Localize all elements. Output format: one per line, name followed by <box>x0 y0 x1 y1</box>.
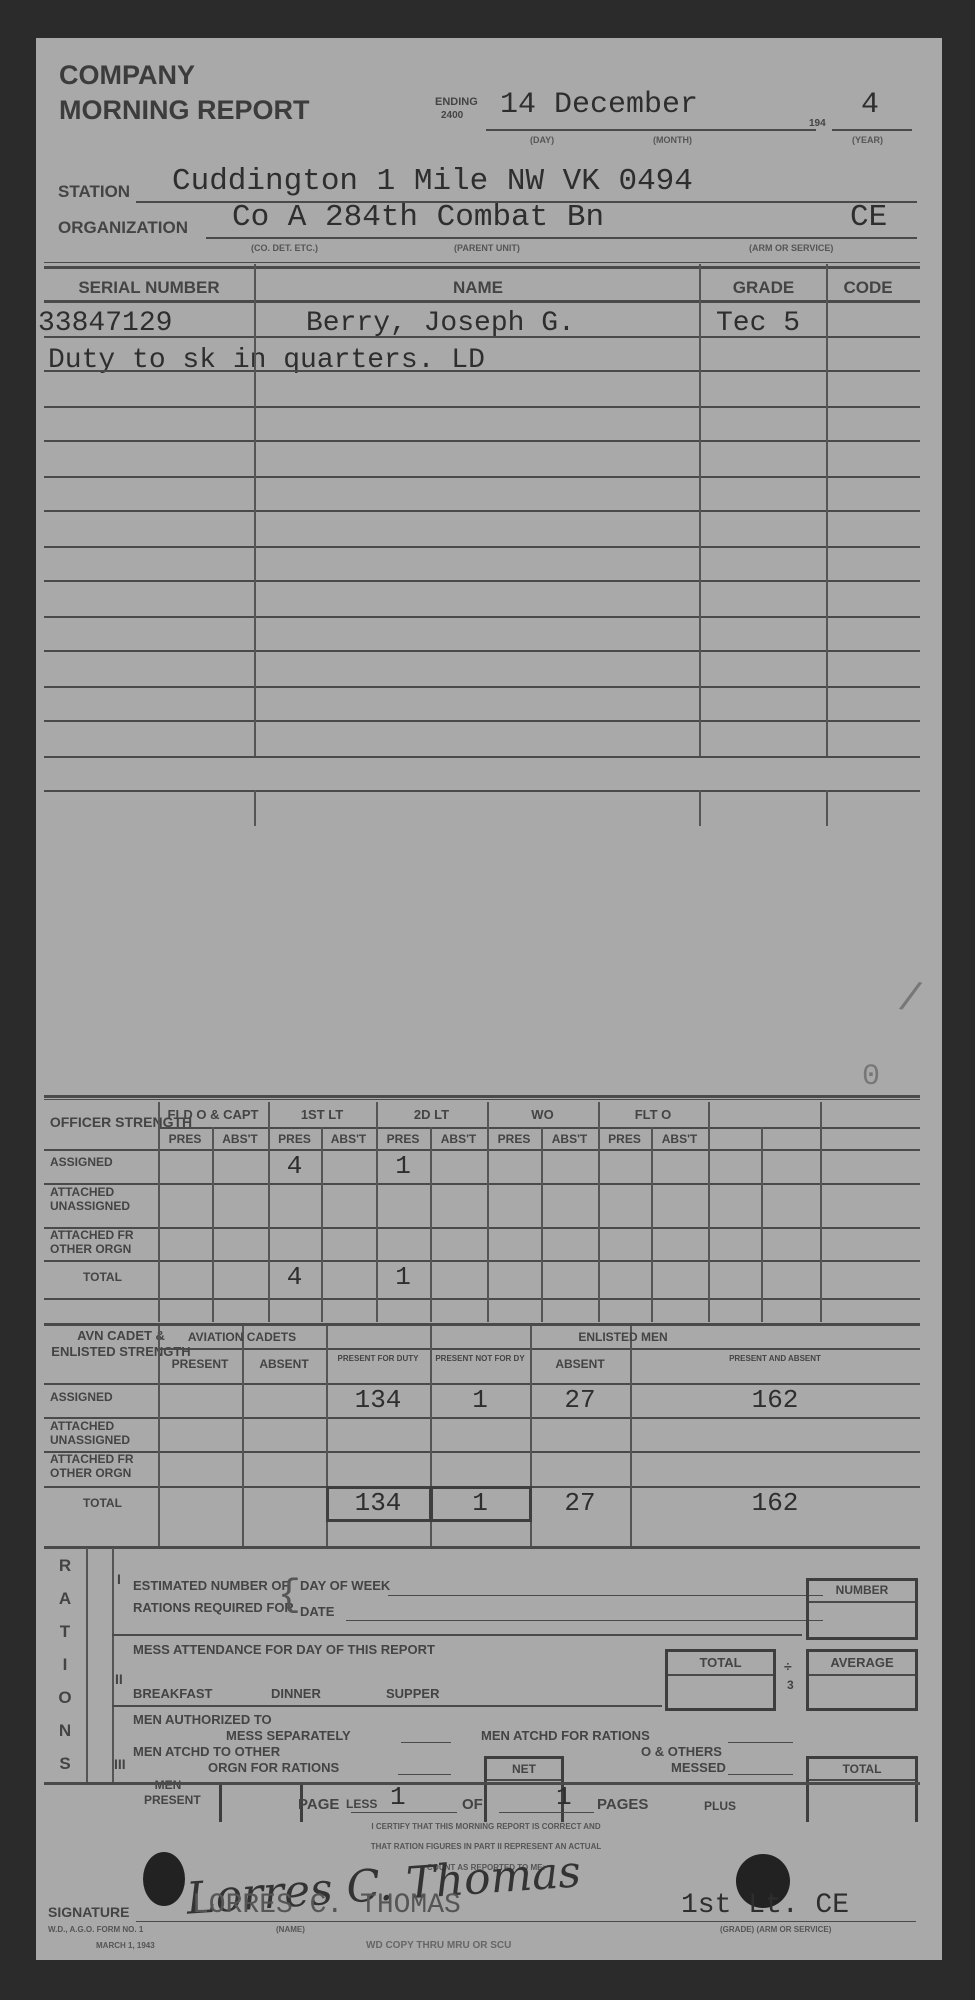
binder-hole-left <box>143 1852 185 1906</box>
divider <box>254 650 256 686</box>
pages-label: PAGES <box>597 1796 648 1813</box>
enlisted-row-label-assigned: ASSIGNED <box>50 1390 155 1404</box>
copy-note: WD COPY THRU MRU OR SCU <box>366 1940 511 1951</box>
subheader-present: PRES <box>487 1132 541 1146</box>
divider <box>668 1674 773 1676</box>
year-prefix: 194 <box>809 118 826 129</box>
total-present-not-for-duty-box <box>430 1486 532 1522</box>
men-present-label-1: MEN <box>133 1778 203 1792</box>
men-authorized-label-1: MEN AUTHORIZED TO <box>133 1712 272 1727</box>
divider <box>254 474 256 510</box>
divider <box>158 1127 160 1322</box>
subheader-absent: ABS'T <box>430 1132 487 1146</box>
rations-letter-2: T <box>46 1622 84 1642</box>
group-header-1st-lt: 1ST LT <box>268 1107 376 1122</box>
divider <box>44 476 920 478</box>
less-label: LESS <box>346 1797 377 1811</box>
divider <box>44 580 920 582</box>
divider <box>699 544 701 580</box>
pages-line <box>499 1812 594 1813</box>
divider <box>254 790 256 826</box>
officer-cell-total-4[interactable]: 1 <box>376 1262 430 1292</box>
report-date: 14 December <box>500 88 698 122</box>
enlisted-cell-total-4[interactable]: 27 <box>530 1488 630 1518</box>
divider <box>826 264 828 300</box>
divider <box>826 544 828 580</box>
col-header-serial: SERIAL NUMBER <box>44 278 254 298</box>
signature-line <box>136 1921 916 1922</box>
divider <box>254 544 256 580</box>
entry-name: Berry, Joseph G. <box>306 308 575 339</box>
divider <box>809 1674 915 1676</box>
divider <box>254 440 256 476</box>
divider <box>826 510 828 546</box>
enlisted-subheader-4: ABSENT <box>530 1358 630 1371</box>
officer-row-label-attached-fr-other-orgn: ATTACHED FR OTHER ORGN <box>50 1228 155 1256</box>
divider <box>809 1779 915 1781</box>
col-header-code: CODE <box>828 278 908 298</box>
officer-row-label-total: TOTAL <box>50 1270 155 1284</box>
caption-parent-unit: (PARENT UNIT) <box>454 243 520 253</box>
date-label: DATE <box>300 1604 334 1619</box>
divider <box>826 440 828 476</box>
subheader-absent: ABS'T <box>651 1132 708 1146</box>
divider <box>44 406 920 408</box>
divider <box>826 404 828 440</box>
enlisted-row-label-attached-fr-other-orgn: ATTACHED FR OTHER ORGN <box>50 1452 155 1480</box>
total-attendance-box[interactable]: TOTAL <box>665 1649 776 1711</box>
month-caption: (MONTH) <box>653 135 692 145</box>
average-box[interactable]: AVERAGE <box>806 1649 918 1711</box>
ending-label: ENDING <box>435 96 478 108</box>
divider <box>158 1348 920 1350</box>
rations-letter-3: I <box>46 1655 84 1675</box>
divider <box>44 686 920 688</box>
day-of-week-line <box>388 1595 823 1596</box>
divider <box>44 1260 920 1262</box>
enlisted-cell-assigned-4[interactable]: 27 <box>530 1385 630 1415</box>
divider <box>44 1183 920 1185</box>
typed-officer-name: LORRES C. THOMAS <box>192 1890 461 1921</box>
of-label: OF <box>462 1796 483 1813</box>
year-underline <box>832 129 912 131</box>
col-header-name: NAME <box>256 278 700 298</box>
divider <box>699 790 701 826</box>
divider <box>699 614 701 650</box>
enlisted-row-label-total: TOTAL <box>50 1496 155 1510</box>
divider <box>44 720 920 722</box>
form-title-line2: MORNING REPORT <box>59 95 310 126</box>
divider <box>44 1451 920 1453</box>
divider <box>44 1099 920 1100</box>
divider <box>699 580 701 616</box>
mess-separately-line <box>401 1742 451 1743</box>
divider <box>254 264 256 300</box>
divider <box>826 300 828 336</box>
divider <box>826 474 828 510</box>
divider <box>158 1127 920 1129</box>
group-header-wo: WO <box>487 1107 598 1122</box>
divider <box>699 650 701 686</box>
divider <box>254 300 256 336</box>
station-label: STATION <box>58 182 130 202</box>
divider <box>254 580 256 616</box>
report-year: 4 <box>861 88 879 122</box>
enlisted-subheader-1: ABSENT <box>242 1358 326 1371</box>
subheader-absent: ABS'T <box>212 1132 268 1146</box>
date-line <box>346 1620 823 1621</box>
divider <box>430 1127 432 1322</box>
group-header-flt-o: FLT O <box>598 1107 708 1122</box>
divider <box>44 616 920 618</box>
caption-co-det: (CO. DET. ETC.) <box>251 243 318 253</box>
divider <box>254 510 256 546</box>
divider <box>44 756 920 758</box>
enlisted-subheader-0: PRESENT <box>158 1358 242 1371</box>
total-box-label: TOTAL <box>668 1655 773 1670</box>
divider <box>242 1348 244 1546</box>
entry-serial-number: 33847129 <box>38 308 172 339</box>
divider <box>826 614 828 650</box>
atchd-for-rations-line <box>728 1742 793 1743</box>
divider <box>112 1705 662 1707</box>
form-number: W.D., A.G.O. FORM NO. 1 <box>48 1925 143 1934</box>
divider <box>44 300 920 303</box>
subheader-absent: ABS'T <box>321 1132 376 1146</box>
men-present-label-2: PRESENT <box>144 1793 201 1807</box>
divider <box>44 1323 920 1326</box>
officer-grade-service: 1st Lt. CE <box>681 1890 849 1921</box>
divider <box>321 1127 323 1322</box>
margin-mark-zero: 0 <box>862 1060 880 1094</box>
divider <box>809 1601 915 1603</box>
divider <box>44 546 920 548</box>
enlisted-cell-assigned-2[interactable]: 134 <box>326 1385 430 1415</box>
rations-estimated-label-2: RATIONS REQUIRED FOR <box>133 1600 294 1615</box>
form-date: MARCH 1, 1943 <box>96 1941 155 1950</box>
station-value: Cuddington 1 Mile NW VK 0494 <box>172 164 693 199</box>
day-caption: (DAY) <box>530 135 554 145</box>
orgn-rations-line <box>398 1774 451 1775</box>
officer-row-label-attached-unassigned: ATTACHED UNASSIGNED <box>50 1185 155 1213</box>
certify-text-1: I CERTIFY THAT THIS MORNING REPORT IS CO… <box>236 1822 736 1831</box>
men-atchd-other-label-2: ORGN FOR RATIONS <box>208 1760 339 1775</box>
enlisted-subheader-5: PRESENT AND ABSENT <box>630 1352 920 1365</box>
divider <box>826 790 828 826</box>
entry-grade: Tec 5 <box>716 308 800 339</box>
divider <box>112 1634 802 1636</box>
rations-estimated-label-1: ESTIMATED NUMBER OF <box>133 1578 289 1593</box>
officer-cell-assigned-4[interactable]: 1 <box>376 1151 430 1181</box>
grade-caption: (GRADE) (ARM OR SERVICE) <box>720 1925 831 1934</box>
col-header-grade: GRADE <box>701 278 826 298</box>
divider <box>699 404 701 440</box>
divider <box>254 404 256 440</box>
enlisted-cell-total-5[interactable]: 162 <box>630 1488 920 1518</box>
divider <box>44 336 920 338</box>
divider <box>44 790 920 792</box>
year-caption: (YEAR) <box>852 135 883 145</box>
organization-underline <box>206 237 917 239</box>
divider <box>598 1127 600 1322</box>
divider <box>254 334 256 370</box>
men-present-box[interactable] <box>219 1782 303 1822</box>
section-i-numeral: I <box>117 1571 121 1587</box>
page-line <box>351 1812 457 1813</box>
officer-row-label-assigned: ASSIGNED <box>50 1155 155 1169</box>
dinner-label: DINNER <box>271 1686 321 1701</box>
section-iii-numeral: III <box>114 1756 126 1772</box>
group-header-2d-lt: 2D LT <box>376 1107 487 1122</box>
rations-letter-1: A <box>46 1589 84 1609</box>
divider <box>44 262 920 263</box>
enlisted-subheader-2: PRESENT FOR DUTY <box>326 1352 430 1365</box>
date-underline <box>486 129 816 131</box>
page-number: 1 <box>390 1782 406 1812</box>
divider <box>699 264 701 300</box>
morning-report-form: COMPANY MORNING REPORT ENDING 2400 14 De… <box>36 38 942 1960</box>
divider <box>44 650 920 652</box>
divider <box>44 1095 920 1098</box>
men-atchd-other-label-1: MEN ATCHD TO OTHER <box>133 1744 280 1759</box>
ending-sub-label: 2400 <box>441 110 463 121</box>
rations-letter-6: S <box>46 1754 84 1774</box>
divider <box>699 440 701 476</box>
number-box[interactable]: NUMBER <box>806 1578 918 1640</box>
divider <box>708 1127 710 1322</box>
rations-letter-0: R <box>46 1556 84 1576</box>
enlisted-cell-assigned-3[interactable]: 1 <box>430 1385 530 1415</box>
divider <box>44 370 920 372</box>
divider <box>44 1298 920 1300</box>
divider <box>826 720 828 756</box>
divider <box>699 370 701 406</box>
form-title-line1: COMPANY <box>59 60 195 91</box>
group-header-enlisted-men: ENLISTED MEN <box>326 1330 920 1344</box>
divider <box>44 1227 920 1229</box>
margin-mark-slash: / <box>895 977 925 1025</box>
net-box-label: NET <box>487 1762 561 1776</box>
divider <box>112 1548 114 1783</box>
divide-sign: ÷ <box>784 1658 792 1674</box>
divider <box>44 1782 920 1785</box>
others-label-1: O & OTHERS <box>641 1744 722 1759</box>
rations-letter-4: O <box>46 1688 84 1708</box>
breakfast-label: BREAKFAST <box>133 1686 212 1701</box>
rations-total-box[interactable]: TOTAL <box>806 1756 918 1822</box>
signature-label: SIGNATURE <box>48 1904 129 1920</box>
section-ii-numeral: II <box>115 1671 123 1687</box>
divider <box>820 1127 822 1322</box>
others-label-2: MESSED <box>671 1760 726 1775</box>
divider <box>44 1546 920 1549</box>
divider <box>254 370 256 406</box>
divider <box>254 614 256 650</box>
officer-cell-total-2[interactable]: 4 <box>268 1262 321 1292</box>
divider <box>651 1127 653 1322</box>
average-box-label: AVERAGE <box>809 1655 915 1670</box>
supper-label: SUPPER <box>386 1686 439 1701</box>
divider <box>541 1127 543 1322</box>
subheader-present: PRES <box>376 1132 430 1146</box>
divider <box>254 684 256 720</box>
page-label: PAGE <box>298 1796 339 1813</box>
divider <box>699 474 701 510</box>
divider <box>826 334 828 370</box>
subheader-present: PRES <box>598 1132 651 1146</box>
caption-arm-service: (ARM OR SERVICE) <box>749 243 833 253</box>
total-present-for-duty-box <box>326 1486 432 1522</box>
rations-total-label: TOTAL <box>809 1762 915 1776</box>
brace-icon: { <box>278 1574 301 1617</box>
officer-cell-assigned-2[interactable]: 4 <box>268 1151 321 1181</box>
subheader-present: PRES <box>158 1132 212 1146</box>
divider <box>44 510 920 512</box>
name-caption: (NAME) <box>276 1925 305 1934</box>
divider <box>826 650 828 686</box>
divider <box>699 510 701 546</box>
others-messed-line <box>728 1774 793 1775</box>
divider <box>487 1127 489 1322</box>
men-atchd-for-rations-label: MEN ATCHD FOR RATIONS <box>481 1728 650 1743</box>
certify-text-2: THAT RATION FIGURES IN PART II REPRESENT… <box>236 1842 736 1851</box>
subheader-absent: ABS'T <box>541 1132 598 1146</box>
total-pages: 1 <box>556 1782 572 1812</box>
subheader-present: PRES <box>268 1132 321 1146</box>
divider <box>487 1779 561 1781</box>
divider <box>761 1127 763 1322</box>
divider <box>44 440 920 442</box>
divider <box>699 300 701 336</box>
divider <box>254 720 256 756</box>
organization-value: Co A 284th Combat Bn <box>232 200 604 235</box>
divider <box>699 334 701 370</box>
organization-label: ORGANIZATION <box>58 218 188 238</box>
men-authorized-label-2: MESS SEPARATELY <box>226 1728 351 1743</box>
divider <box>699 720 701 756</box>
enlisted-row-label-attached-unassigned: ATTACHED UNASSIGNED <box>50 1419 155 1447</box>
divider <box>699 684 701 720</box>
arm-service-value: CE <box>850 200 887 235</box>
enlisted-cell-assigned-5[interactable]: 162 <box>630 1385 920 1415</box>
group-header-fld-o-capt: FLD O & CAPT <box>158 1107 268 1122</box>
divider <box>212 1127 214 1322</box>
plus-label: PLUS <box>704 1799 736 1813</box>
rations-letter-5: N <box>46 1721 84 1741</box>
divider <box>44 1149 920 1151</box>
divide-by-3: 3 <box>787 1678 794 1692</box>
divider <box>826 684 828 720</box>
divider <box>44 1417 920 1419</box>
day-of-week-label: DAY OF WEEK <box>300 1578 390 1593</box>
divider <box>86 1548 88 1783</box>
mess-attendance-title: MESS ATTENDANCE FOR DAY OF THIS REPORT <box>133 1642 435 1657</box>
group-header-aviation-cadets: AVIATION CADETS <box>158 1330 326 1344</box>
divider <box>826 370 828 406</box>
divider <box>44 266 920 269</box>
number-box-label: NUMBER <box>809 1583 915 1597</box>
divider <box>826 580 828 616</box>
enlisted-subheader-3: PRESENT NOT FOR DY <box>430 1352 530 1365</box>
